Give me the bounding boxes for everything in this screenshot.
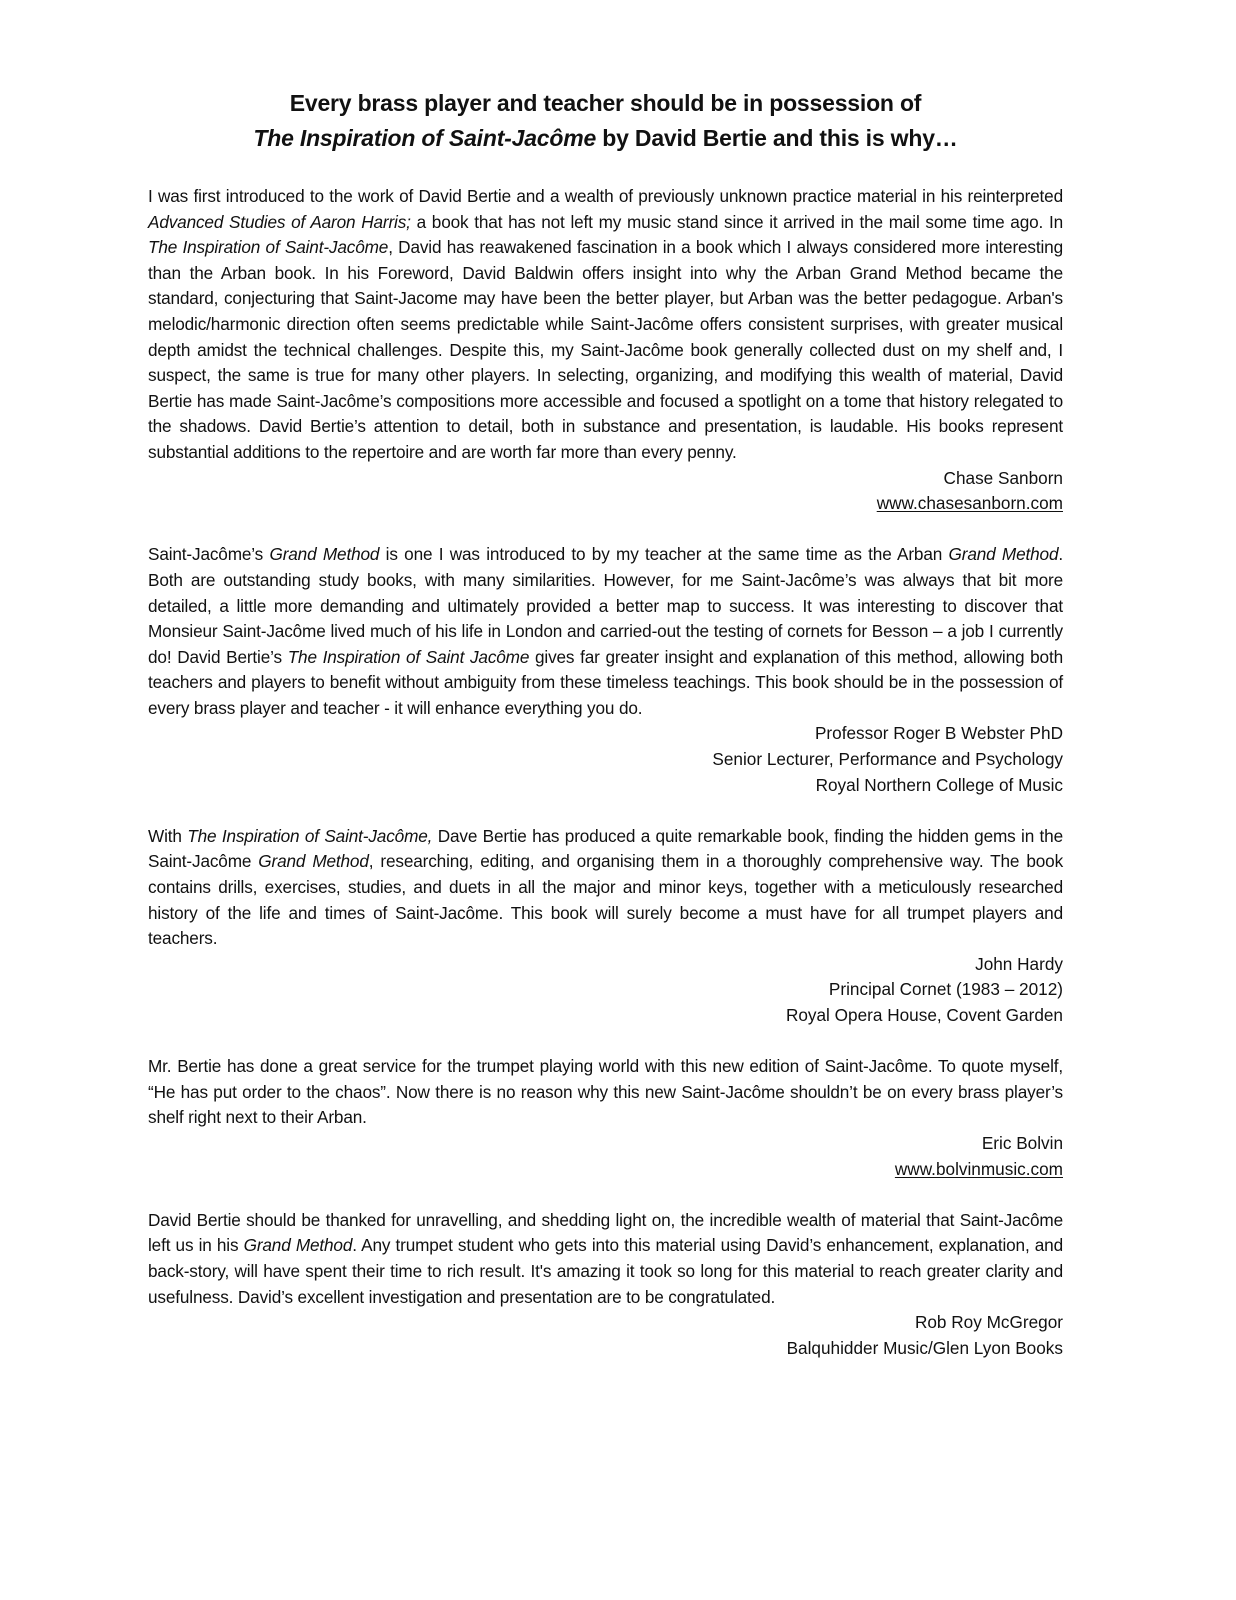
title-line-1: Every brass player and teacher should be…	[148, 86, 1063, 121]
testimonial: Mr. Bertie has done a great service for …	[148, 1054, 1063, 1182]
author-website-link[interactable]: www.bolvinmusic.com	[895, 1159, 1063, 1179]
author-affiliation: Senior Lecturer, Performance and Psychol…	[148, 747, 1063, 773]
italic-title: The Inspiration of Saint-Jacôme	[148, 237, 388, 257]
spacer	[148, 1029, 1063, 1055]
text-run: Mr. Bertie has done a great service for …	[148, 1056, 1063, 1127]
spacer	[148, 1182, 1063, 1208]
text-run: Saint-Jacôme’s	[148, 544, 269, 564]
testimonial-text: Saint-Jacôme’s Grand Method is one I was…	[148, 542, 1063, 721]
attribution: John HardyPrincipal Cornet (1983 – 2012)…	[148, 952, 1063, 1029]
attribution: Eric Bolvinwww.bolvinmusic.com	[148, 1131, 1063, 1182]
author-name: Rob Roy McGregor	[148, 1310, 1063, 1336]
author-name: Eric Bolvin	[148, 1131, 1063, 1157]
attribution: Chase Sanbornwww.chasesanborn.com	[148, 466, 1063, 517]
author-name: Professor Roger B Webster PhD	[148, 721, 1063, 747]
italic-title: Grand Method	[949, 544, 1059, 564]
text-run: With	[148, 826, 187, 846]
italic-title: Grand Method	[269, 544, 379, 564]
attribution: Rob Roy McGregorBalquhidder Music/Glen L…	[148, 1310, 1063, 1361]
italic-title: Grand Method	[244, 1235, 353, 1255]
spacer	[148, 517, 1063, 543]
text-run: , David has reawakened fascination in a …	[148, 237, 1063, 462]
title-line-2: The Inspiration of Saint-Jacôme by David…	[148, 121, 1063, 156]
author-affiliation: Royal Opera House, Covent Garden	[148, 1003, 1063, 1029]
document-page: Every brass player and teacher should be…	[148, 86, 1063, 1361]
testimonial-text: I was first introduced to the work of Da…	[148, 184, 1063, 466]
italic-title: The Inspiration of Saint-Jacôme,	[187, 826, 432, 846]
testimonial: With The Inspiration of Saint-Jacôme, Da…	[148, 824, 1063, 1029]
testimonial: I was first introduced to the work of Da…	[148, 184, 1063, 517]
testimonial: Saint-Jacôme’s Grand Method is one I was…	[148, 542, 1063, 798]
author-name: Chase Sanborn	[148, 466, 1063, 492]
testimonial-text: Mr. Bertie has done a great service for …	[148, 1054, 1063, 1131]
title-line-2-rest: by David Bertie and this is why…	[596, 125, 958, 151]
author-affiliation: Principal Cornet (1983 – 2012)	[148, 977, 1063, 1003]
author-website-link[interactable]: www.chasesanborn.com	[877, 493, 1063, 513]
author-link-line: www.chasesanborn.com	[148, 491, 1063, 517]
italic-title: The Inspiration of Saint Jacôme	[288, 647, 530, 667]
italic-title: Grand Method	[258, 851, 368, 871]
testimonial-text: David Bertie should be thanked for unrav…	[148, 1208, 1063, 1310]
text-run: is one I was introduced to by my teacher…	[379, 544, 948, 564]
page-title: Every brass player and teacher should be…	[148, 86, 1063, 156]
testimonials-list: I was first introduced to the work of Da…	[148, 184, 1063, 1361]
text-run: I was first introduced to the work of Da…	[148, 186, 1063, 206]
attribution: Professor Roger B Webster PhDSenior Lect…	[148, 721, 1063, 798]
testimonial-text: With The Inspiration of Saint-Jacôme, Da…	[148, 824, 1063, 952]
author-name: John Hardy	[148, 952, 1063, 978]
italic-title: Advanced Studies of Aaron Harris;	[148, 212, 411, 232]
testimonial: David Bertie should be thanked for unrav…	[148, 1208, 1063, 1362]
author-link-line: www.bolvinmusic.com	[148, 1157, 1063, 1183]
title-book-name: The Inspiration of Saint-Jacôme	[253, 125, 596, 151]
author-affiliation: Royal Northern College of Music	[148, 773, 1063, 799]
text-run: a book that has not left my music stand …	[411, 212, 1063, 232]
author-affiliation: Balquhidder Music/Glen Lyon Books	[148, 1336, 1063, 1362]
spacer	[148, 798, 1063, 824]
